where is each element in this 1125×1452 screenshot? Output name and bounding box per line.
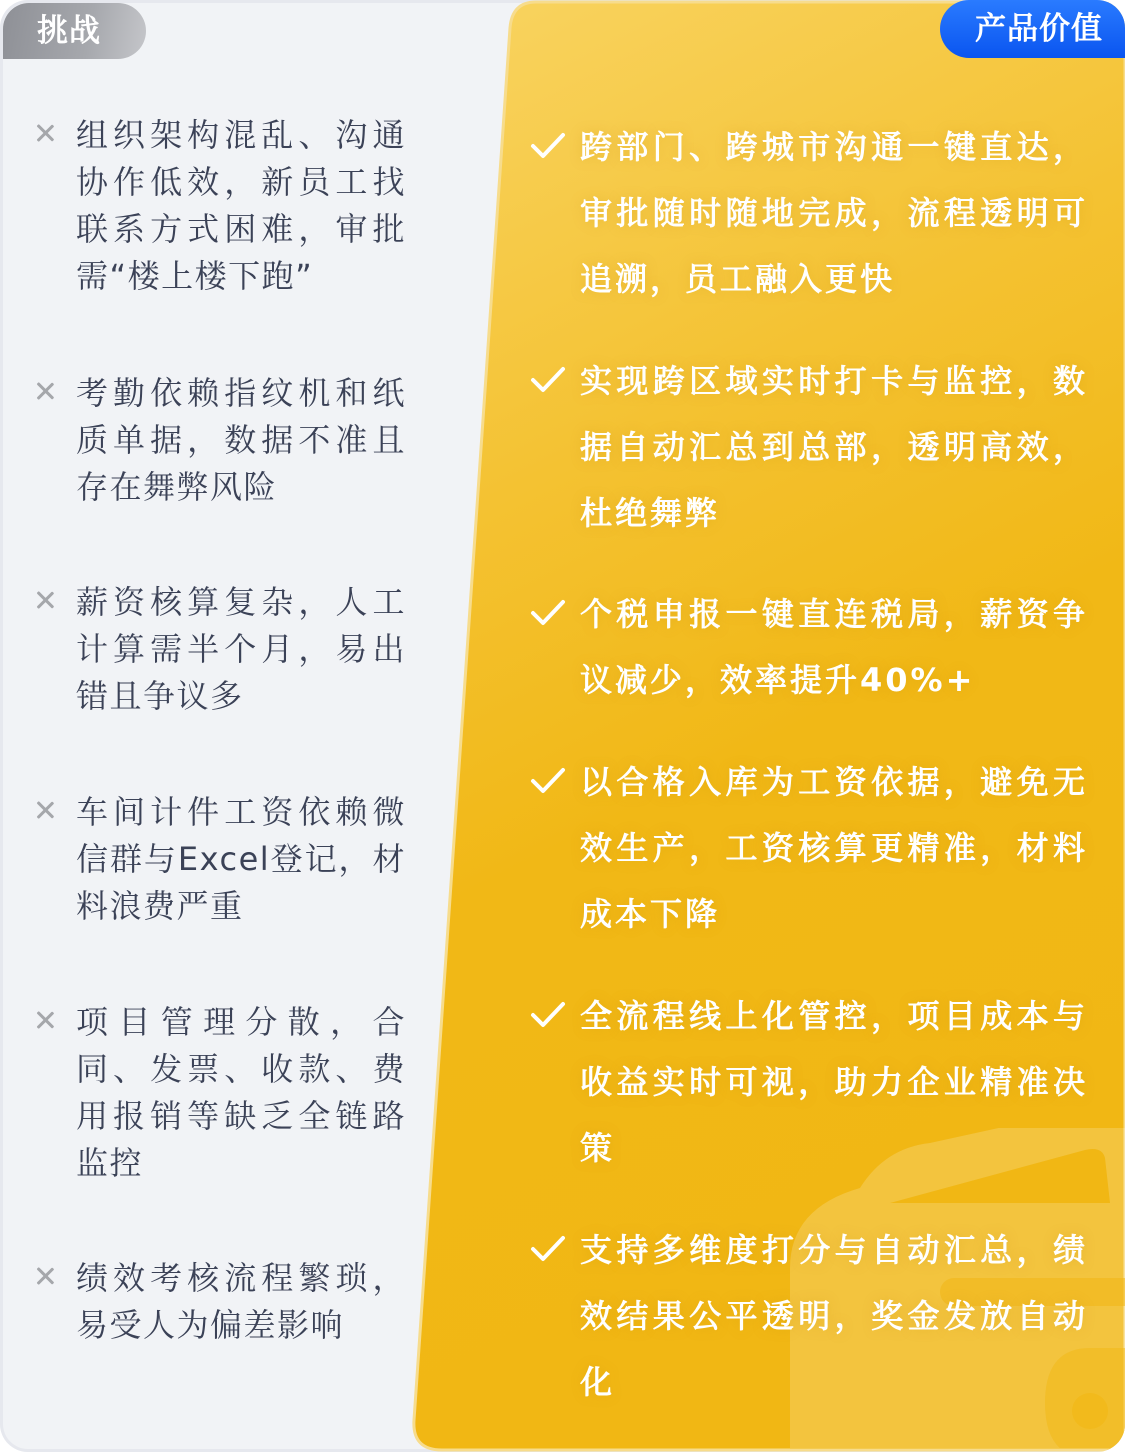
x-icon bbox=[34, 380, 56, 402]
value-text: 支持多维度打分与自动汇总，绩效结果公平透明，奖金发放自动化 bbox=[580, 1217, 1088, 1415]
check-icon bbox=[530, 767, 566, 795]
check-icon bbox=[530, 1235, 566, 1263]
x-icon bbox=[34, 122, 56, 144]
check-icon bbox=[530, 599, 566, 627]
value-text: 实现跨区域实时打卡与监控，数据自动汇总到总部，透明高效，杜绝舞弊 bbox=[580, 348, 1088, 546]
x-icon bbox=[34, 799, 56, 821]
check-icon bbox=[530, 366, 566, 394]
x-icon bbox=[34, 1265, 56, 1287]
check-icon bbox=[530, 1001, 566, 1029]
challenge-text: 考勤依赖指纹机和纸质单据，数据不准且存在舞弊风险 bbox=[76, 370, 406, 511]
challenge-text: 项目管理分散，合同、发票、收款、费用报销等缺乏全链路监控 bbox=[76, 999, 406, 1187]
challenge-badge: 挑战 bbox=[3, 3, 146, 59]
value-text: 全流程线上化管控，项目成本与收益实时可视，助力企业精准决策 bbox=[580, 983, 1088, 1181]
value-text: 以合格入库为工资依据，避免无效生产，工资核算更精准，材料成本下降 bbox=[580, 749, 1088, 947]
comparison-card: 挑战 组织架构混乱、沟通协作低效，新员工找联系方式困难，审批需“楼上楼下跑” 考… bbox=[0, 0, 1125, 1452]
challenge-text: 绩效考核流程繁琐，易受人为偏差影响 bbox=[76, 1255, 406, 1349]
value-text: 跨部门、跨城市沟通一键直达，审批随时随地完成，流程透明可追溯，员工融入更快 bbox=[580, 114, 1088, 312]
value-badge: 产品价值 bbox=[940, 0, 1125, 58]
challenge-text: 组织架构混乱、沟通协作低效，新员工找联系方式困难，审批需“楼上楼下跑” bbox=[76, 112, 406, 300]
x-icon bbox=[34, 589, 56, 611]
value-text: 个税申报一键直连税局，薪资争议减少，效率提升40%+ bbox=[580, 581, 1088, 713]
check-icon bbox=[530, 132, 566, 160]
challenge-text: 车间计件工资依赖微信群与Excel登记，材料浪费严重 bbox=[76, 789, 406, 930]
value-panel: 产品价值 跨部门、跨城市沟通一键直达，审批随时随地完成，流程透明可追溯，员工融入… bbox=[412, 0, 1125, 1452]
challenge-text: 薪资核算复杂，人工计算需半个月，易出错且争议多 bbox=[76, 579, 406, 720]
x-icon bbox=[34, 1009, 56, 1031]
